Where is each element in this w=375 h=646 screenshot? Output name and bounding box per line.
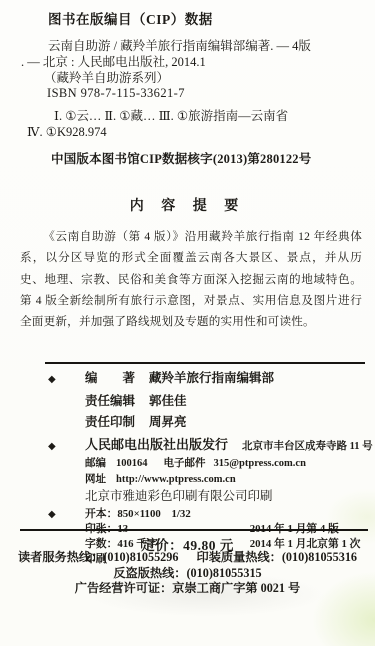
website-row: 网址 http://www.ptpress.com.cn (48, 472, 367, 488)
reader-hotline: 读者服务热线：(010)81055296 (18, 550, 178, 564)
cip-class-line-1: Ⅰ. ①云… Ⅱ. ①藏… Ⅲ. ①旅游指南—云南省 (0, 108, 367, 124)
duty-printer-value: 周昇亮 (149, 412, 187, 433)
cip-record-number: 中国版本图书馆CIP数据核字(2013)第280122号 (51, 149, 311, 167)
cip-heading: 图书在版编目（CIP）数据 (48, 8, 213, 28)
postcode-label: 邮编 (85, 456, 106, 472)
duty-editor-row: 责任编辑 郭佳佳 (48, 391, 367, 412)
website-value: http://www.ptpress.com.cn (116, 472, 236, 488)
ad-license-line: 广告经营许可证：京崇工商广字第 0021 号 (0, 581, 375, 597)
antipiracy-hotline: 反盗版热线：(010)81055315 (0, 566, 375, 582)
publisher-address: 北京市丰台区成寿寺路 11 号 (242, 437, 373, 456)
hotlines-block: 读者服务热线：(010)81055296 印装质量热线：(010)8105531… (0, 550, 375, 597)
duty-printer-row: 责任印制 周昇亮 (48, 412, 367, 433)
divider-rule-bottom (20, 529, 368, 531)
publisher-row: ◆ 人民邮电出版社出版发行 北京市丰台区成寿寺路 11 号 (48, 435, 367, 456)
website-label: 网址 (85, 472, 106, 488)
diamond-bullet-icon: ◆ (48, 507, 85, 522)
cip-record-block: 云南自助游 / 藏羚羊旅行指南编辑部编著. — 4版 . — 北京 : 人民邮电… (0, 39, 367, 102)
duty-editor-label: 责任编辑 (85, 391, 135, 412)
format-value: 开本：850×1100 1/32 (85, 507, 191, 522)
postcode-value: 100164 (116, 456, 148, 472)
cip-record-line-1: 云南自助游 / 藏羚羊旅行指南编辑部编著. — 4版 (0, 39, 367, 55)
editor-row: ◆ 编 著 藏羚羊旅行指南编辑部 (48, 367, 367, 391)
divider-rule-top (45, 362, 365, 364)
editor-value: 藏羚羊旅行指南编辑部 (149, 367, 274, 389)
hotline-row-1: 读者服务热线：(010)81055296 印装质量热线：(010)8105531… (0, 550, 375, 566)
publisher-name: 人民邮电出版社出版发行 (85, 435, 228, 454)
abstract-title: 内 容 提 要 (0, 195, 375, 215)
duty-printer-label: 责任印制 (85, 412, 135, 433)
format-row: ◆ 开本：850×1100 1/32 (48, 507, 367, 522)
email-value: 315@ptpress.com.cn (214, 456, 306, 472)
printer-row: 北京市雅迪彩色印刷有限公司印刷 (48, 488, 367, 504)
book-copyright-page: 图书在版编目（CIP）数据 云南自助游 / 藏羚羊旅行指南编辑部编著. — 4版… (0, 0, 375, 646)
quality-hotline: 印装质量热线：(010)81055316 (197, 550, 357, 564)
cip-record-line-2: . — 北京 : 人民邮电出版社, 2014.1 (0, 55, 367, 71)
email-label: 电子邮件 (164, 456, 206, 472)
cip-class-line-2: Ⅳ. ①K928.974 (0, 124, 367, 140)
isbn-line: ISBN 978-7-115-33621-7 (0, 86, 367, 102)
cip-classification-block: Ⅰ. ①云… Ⅱ. ①藏… Ⅲ. ①旅游指南—云南省 Ⅳ. ①K928.974 (0, 108, 367, 140)
abstract-paragraph: 《云南自助游（第 4 版）》沿用藏羚羊旅行指南 12 年经典体系，以分区导览的形… (20, 226, 362, 332)
postcode-email-row: 邮编 100164 电子邮件 315@ptpress.com.cn (48, 456, 367, 472)
diamond-bullet-icon: ◆ (48, 369, 85, 391)
editor-label: 编 著 (85, 367, 135, 389)
duty-editor-value: 郭佳佳 (149, 391, 187, 412)
cip-series-line: （藏羚羊自助游系列） (0, 71, 367, 87)
diamond-bullet-icon: ◆ (48, 437, 85, 456)
